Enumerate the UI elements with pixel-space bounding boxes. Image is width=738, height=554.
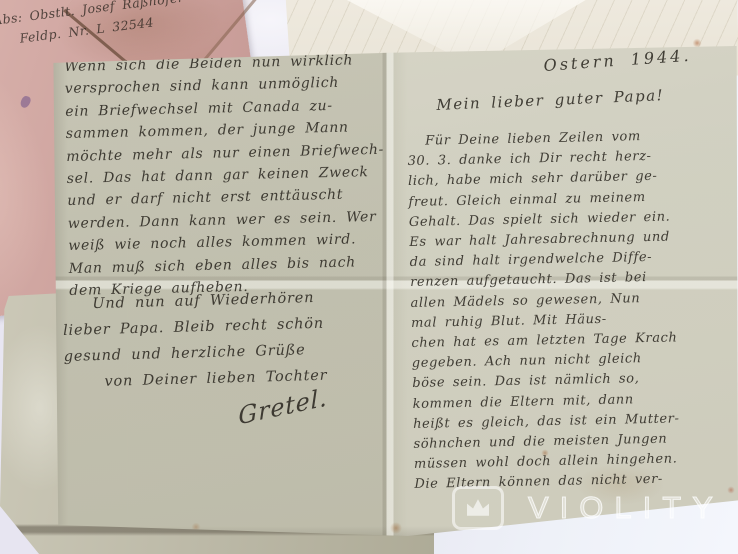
letter-salutation: Mein lieber guter Papa! [436,86,664,114]
right-page-body: Für Deine lieben Zeilen vom30. 3. danke … [407,125,738,496]
photo-of-letter: Abs: Obstlt. Josef Raßhofer Feldp. Nr. L… [0,0,738,554]
left-page-closing: Und nun auf Wiederhörenlieber Papa. Blei… [62,283,395,396]
letter-sheet: Wenn sich die Beiden nun wirklichverspro… [50,44,738,540]
left-page-body: Wenn sich die Beiden nun wirklichverspro… [64,48,405,302]
letter-date: Ostern 1944. [543,46,692,75]
